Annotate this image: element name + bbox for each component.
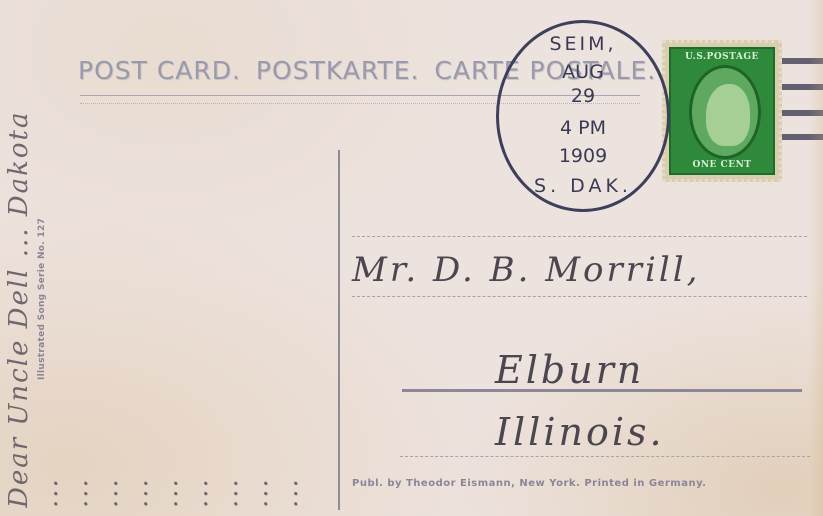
- address-state: Illinois.: [495, 410, 665, 454]
- postmark-state: S. DAK.: [499, 175, 667, 197]
- address-line-solid: [402, 389, 802, 392]
- message-line: ...: [214, 8, 244, 508]
- message-line: ...: [184, 8, 214, 508]
- publisher-credit: Publ. by Theodor Eismann, New York. Prin…: [352, 478, 706, 489]
- handwritten-message: Dear Uncle Dell ... Dakota ... ... ... .…: [0, 0, 335, 516]
- portrait-icon: [689, 65, 761, 159]
- series-label: Illustrated Song Serie No. 127: [37, 218, 47, 380]
- postmark-day: 29: [499, 85, 667, 107]
- postage-stamp: U.S.POSTAGE ONE CENT: [662, 40, 782, 182]
- postcard-back: POST CARD. POSTKARTE. CARTE POSTALE. Dea…: [0, 0, 823, 516]
- address-line-guide: [352, 236, 807, 237]
- message-line: ...: [124, 8, 154, 508]
- postmark-time: 4 PM: [499, 117, 667, 139]
- stamp-bottom-text: ONE CENT: [671, 160, 773, 170]
- profile-icon: [706, 84, 750, 146]
- edge-stain: [809, 0, 823, 516]
- address-line-guide: [352, 296, 807, 297]
- address-line-guide: [400, 456, 810, 457]
- postmark-town: SEIM,: [499, 33, 667, 55]
- stamp-top-text: U.S.POSTAGE: [671, 52, 773, 62]
- message-line: ...: [274, 8, 304, 508]
- divider-line: [338, 150, 340, 510]
- address-name: Mr. D. B. Morrill,: [352, 250, 700, 290]
- address-city: Elburn: [495, 348, 644, 392]
- message-line: ...: [154, 8, 184, 508]
- postmark: SEIM, AUG 29 4 PM 1909 S. DAK.: [496, 20, 670, 212]
- postmark-year: 1909: [499, 145, 667, 167]
- message-line: ...: [94, 8, 124, 508]
- message-line: ...: [244, 8, 274, 508]
- message-line: Dear Uncle Dell ... Dakota: [4, 8, 34, 508]
- message-line: ...: [64, 8, 94, 508]
- postmark-month: AUG: [499, 61, 667, 83]
- stamp-face: U.S.POSTAGE ONE CENT: [669, 47, 775, 175]
